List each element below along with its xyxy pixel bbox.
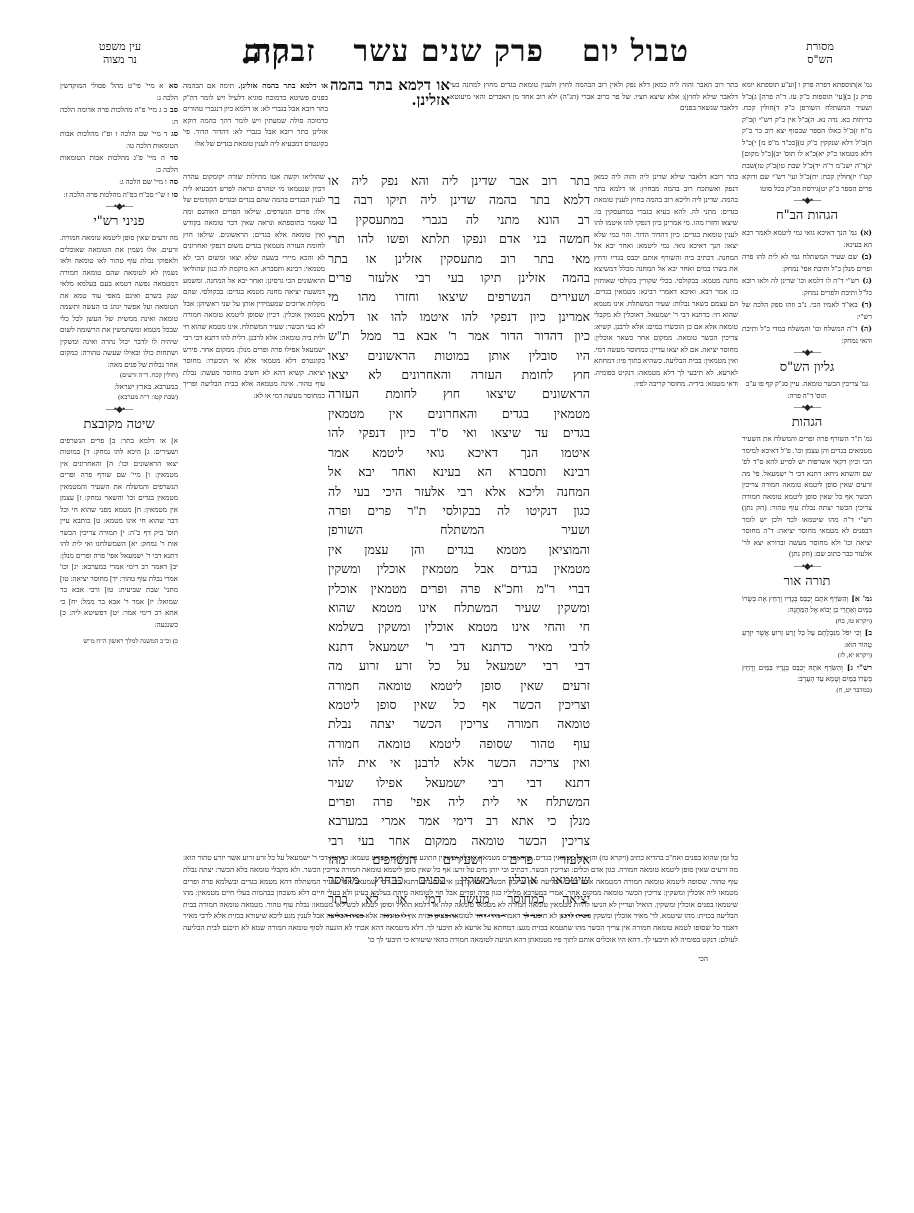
gemara-line: ושעירים הנשרפים שיצאו וחזרו מהו מי — [328, 288, 590, 307]
ein-mishpat-text: ז ש"י סכ"ח בפ"ה מהלכות פרה הלכה ז: — [63, 191, 169, 199]
hagahot-text: גמ' ת"ר השורף פרה ופרים והמשלח את השעיר … — [742, 434, 872, 561]
torah-or-entry: ב] וְכִי יִפֹּל מִנִּבְלָתָם עַל כָּל זֶ… — [742, 627, 872, 651]
pninei-rashi-ref2: (שבת קטו: ד"ה מערבא) — [60, 393, 178, 404]
ornament-divider: —•◆•— — [60, 201, 178, 211]
talmud-page: מסורת הש"ס טבול יוםפרק שנים עשרזבחים קה.… — [0, 0, 914, 1213]
gemara-line: ושעיר המשתלח השורפן — [328, 521, 590, 540]
gemara-line: דתנא דבי רבי ישמעאל אפילו שעיר — [328, 774, 590, 793]
ein-mishpat-mark: סה — [167, 177, 178, 186]
hagahot-bach-text: באו"ד לאמיו הכי. נ"ב וזהו ספק הלכה של רש… — [742, 301, 872, 321]
daf-number: קה. — [240, 32, 290, 72]
gemara-line: מטמאין בגדים אבל מטמאין אוכלין ומשקין — [328, 560, 590, 579]
hagahot-bach-text: רש"י ד"ה לו דלמא וכו' שדינן לה ולאו רובא… — [742, 277, 872, 297]
torah-or-mark: ב] — [861, 628, 872, 637]
tosafot-top: או דלמא בתר בהמה אזלינן. תימה אם הבהמה ב… — [183, 80, 328, 172]
ein-mishpat-entry: סב ב ג מיי' פ"ה מהלכות פרה אדומה הלכה ה: — [60, 104, 178, 128]
gemara-line: כיון דהדור הדור אמר ר' אבא בר ממל ת"ש — [328, 327, 590, 346]
left-margin: סא א מיי' פי"ט מהל' פסולי המוקדשין הלכה … — [60, 80, 178, 1000]
ein-mishpat-entry: סג ד מיי' שם הלכה ז ופ"ז מהלכות אבות הטו… — [60, 128, 178, 152]
catchword: הכי — [183, 953, 738, 965]
gemara-line: רב הונא מתני לה בגברי במתעסקין בו — [328, 211, 590, 230]
gemara-line: דברי ר"מ וחכ"א פרה ופרים מטמאין אוכלין — [328, 580, 590, 599]
ein-mishpat-entry: סו ז ש"י סכ"ח בפ"ה מהלכות פרה הלכה ז: — [60, 189, 178, 202]
gemara-line: בתר רוב אבר שדינן ליה והא נפק ליה או — [328, 172, 590, 191]
tosafot-body: שהוליאו וקשה אטו מהילות שורה יקומקום עהר… — [183, 172, 325, 845]
gemara-opening-dh: או דלמא בתר בהמה אזלינן. — [330, 80, 450, 109]
ein-mishpat-entries: סא א מיי' פי"ט מהל' פסולי המוקדשין הלכה … — [60, 80, 178, 201]
masoret-entries: גמ' א)תוספתא דפרה פרק ו [וע"ע תוספתא יומ… — [742, 80, 872, 195]
right-margin: גמ' א)תוספתא דפרה פרק ו [וע"ע תוספתא יומ… — [742, 80, 872, 1030]
torah-or-entry: גמ' א] וְהַשֹּׂרֵף אֹתָם יְכַבֵּס בְּגָד… — [742, 593, 872, 617]
ein-mishpat-mark: סב — [167, 105, 178, 114]
masoret-label-line1: מסורת — [794, 40, 846, 53]
gemara-line: והמוציאן מטמא בגדים והן עצמן אין — [328, 541, 590, 560]
torah-or-ref: (ויקרא טז, כח) — [742, 617, 872, 628]
ein-mishpat-text: ה מיי' פ"ג מהלכות אבות הטומאות הלכה כ: — [60, 154, 178, 174]
ornament-divider: —•◆•— — [742, 561, 872, 571]
pninei-rashi-tail: במערבא. בארץ ישראל: — [60, 382, 178, 394]
gemara-line: חוץ לחומת העזרה והאחרונים לא יצאו — [328, 366, 590, 385]
ein-mishpat-text: א מיי' פי"ט מהל' פסולי המוקדשין הלכה ג: — [60, 82, 178, 102]
gemara-line: זרעים שאין סופן ליטמא טומאה חמורה — [328, 677, 590, 696]
hagahot-bach-entry: (ה) ד"ה המשלח וכו' והמשלח במדי כ"ל ותיבת… — [742, 323, 872, 347]
torah-or-ref: (במדבר יט, ח) — [742, 686, 872, 697]
gemara-opening: או דלמא בתר בהמה אזלינן. — [330, 80, 450, 172]
gemara-line: המשתלח אי לית ליה אפי' פרה ופרים — [328, 793, 590, 812]
tractate-chapter-name: טבול יום — [582, 34, 689, 69]
torah-or-verse: וְכִי יִפֹּל מִנִּבְלָתָם עַל כָּל זֶרַע… — [742, 629, 872, 649]
torah-or-list: גמ' א] וְהַשֹּׂרֵף אֹתָם יְכַבֵּס בְּגָד… — [742, 593, 872, 697]
tosafot-text: שהוליאו וקשה אטו מהילות שורה יקומקום עהר… — [183, 172, 325, 402]
hagahot-bach-entry: (ג) רש"י ד"ה לו דלמא וכו' שדינן לה ולאו … — [742, 275, 872, 299]
footer-note: כ) וכ"כ המשנה למלך ראשון ה"ח מ"ש — [60, 637, 178, 648]
gemara-line: חי והחי אינו מטמא אוכלין ומשקין בשלמא — [328, 618, 590, 637]
ein-mishpat-label: עין משפט נר מצוה — [90, 40, 150, 66]
bottom-text: כל זמן שהוא בפנים ואח"כ בהדיא כתיב (ויקר… — [183, 852, 738, 945]
torah-or-entry: רש"י ג] וְהַשֹּׂרֵף אֹתָהּ יְכַבֵּס בְּג… — [742, 662, 872, 686]
hagahot-bach-text: גמ' הנך דאיכא גואי גמי ליטמא לאמר רבא הא… — [742, 229, 872, 249]
ein-mishpat-mark: סו — [169, 190, 178, 199]
gemara-line: וצריכין הכשר אף כל שאין סופן ליטמא — [328, 696, 590, 715]
ornament-divider: —•◆•— — [60, 404, 178, 414]
gemara-line: דבי רבי ישמעאל על כל זרע זרוע מה — [328, 657, 590, 676]
masoret-hashas-label: מסורת הש"ס — [794, 40, 846, 66]
hagahot-bach-entry: (ב) שם שעיר המשתלח גמי לא לית להו פרה ופ… — [742, 251, 872, 275]
shita-mekubetzet-title: שיטה מקובצת — [60, 416, 178, 434]
ein-mishpat-entry: סה ו מיי' שם הלכה ג: — [60, 176, 178, 189]
tosafot-top-text: תימה אם הבהמה בפנים פשיטא כדמוכח סוגיא ד… — [183, 82, 328, 148]
hagahot-bach-entry: (ד) באו"ד לאמיו הכי. נ"ב וזהו ספק הלכה ש… — [742, 299, 872, 323]
hagahot-bach-mark: (ג) — [859, 276, 872, 285]
ein-mishpat-mark: סג — [167, 129, 178, 138]
hagahot-bach-title: הגהות הב"ח — [742, 207, 872, 225]
gemara-line: טומאה חמורה צריכין הכשר יצתה נבלת — [328, 715, 590, 734]
gemara-line: חמשה בני אדם ונפקו תלתא ופשו להו תרי — [328, 230, 590, 249]
rashi-top-text: בתר רוב האבר והוה ליה כמאן דלא נפק ולאין… — [450, 80, 738, 115]
gilyon-hashas-text: גמ' צריכין הכשר טומאה. עיין סנ"ק קף פו ע… — [742, 379, 872, 402]
ornament-divider: —•◆•— — [742, 402, 872, 412]
gilyon-hashas-title: גליון הש"ס — [742, 359, 872, 377]
ein-mishpat-text: ד מיי' שם הלכה ז ופ"ז מהלכות אבות הטומאו… — [60, 130, 178, 150]
ein-mishpat-entry: סא א מיי' פי"ט מהל' פסולי המוקדשין הלכה … — [60, 80, 178, 104]
hagahot-bach-text: שם שעיר המשתלח גמי לא לית להו פרה ופרים … — [742, 253, 872, 273]
ein-mishpat-mark: סא — [164, 81, 179, 90]
gemara-line: ואין צריכה הכשר אלא לרבנן אי אית להו — [328, 754, 590, 773]
bottom-commentary: כל זמן שהוא בפנים ואח"כ בהדיא כתיב (ויקר… — [183, 845, 738, 1100]
rashi-text: בתר רובא דלאבר שילא שדינן ליה והוה ליה כ… — [594, 172, 738, 391]
gemara-line: היו סובלין אותן במוטות הראשונים יצאו — [328, 347, 590, 366]
hagahot-bach-mark: (ד) — [858, 300, 872, 309]
page-header: מסורת הש"ס טבול יוםפרק שנים עשרזבחים קה.… — [50, 38, 874, 78]
ein-mishpat-mark: סד — [165, 153, 178, 162]
torah-or-mark: גמ' א] — [848, 594, 872, 603]
pninei-rashi-text: מה זרעים שאין סופן ליטמא טומאה חמורה. זר… — [60, 233, 178, 371]
ein-mishpat-text: ו מיי' שם הלכה ג: — [119, 178, 166, 186]
ornament-divider: —•◆•— — [742, 195, 872, 205]
hagahot-bach-list: (א) גמ' הנך דאיכא גואי גמי ליטמא לאמר רב… — [742, 227, 872, 347]
hagahot-bach-text: ד"ה המשלח וכו' והמשלח במדי כ"ל ותיבת והא… — [742, 325, 872, 345]
gemara-line: בהמה אזלינן תיקו בעי רבי אלעזר פרים — [328, 269, 590, 288]
hagahot-title: הגהות — [742, 414, 872, 432]
hagahot-bach-mark: (ה) — [857, 324, 872, 333]
pninei-rashi-title: פניני רש"י — [60, 213, 178, 231]
rashi-top: בתר רוב האבר והוה ליה כמאן דלא נפק ולאין… — [450, 80, 738, 172]
gemara-line: אמרינן כיון דנפקי להו איטמו להו או דלמא — [328, 308, 590, 327]
chapter-number: פרק שנים עשר — [353, 34, 544, 69]
ornament-divider: —•◆•— — [742, 347, 872, 357]
torah-or-title: תורה אור — [742, 573, 872, 591]
pninei-rashi-ref1: (חולין קכח. ד"ה זרעים) — [60, 371, 178, 382]
ein-mishpat-entry: סד ה מיי' פ"ג מהלכות אבות הטומאות הלכה כ… — [60, 152, 178, 176]
gemara-line: מטמאין בגדים והאחרונים אין מטמאין — [328, 405, 590, 424]
gemara-line: איטמו הנך דאיכא גואי ליטמא אמר — [328, 444, 590, 463]
hagahot-bach-entry: (א) גמ' הנך דאיכא גואי גמי ליטמא לאמר רב… — [742, 227, 872, 251]
torah-or-ref: (ויקרא יא, לז) — [742, 651, 872, 662]
gemara-line: הראשונים שיצאו חוץ לחומת העזרה — [328, 385, 590, 404]
gemara-line: מנלן כי אתא רב דימי אמר אמרי במערבא — [328, 812, 590, 831]
gemara-line: רבינא ותסברא הא בעינא ואחר יבא אל — [328, 463, 590, 482]
ein-mishpat-text: ב ג מיי' פ"ה מהלכות פרה אדומה הלכה ה: — [60, 106, 178, 126]
ein-mishpat-line2: נר מצוה — [90, 53, 150, 66]
gemara-line: עוף טהור שסופה ליטמא טומאה חמורה — [328, 735, 590, 754]
gemara-line: בגדים עד שיצאו ואי ס"ד כיון דנפקי להו — [328, 424, 590, 443]
gemara-line: דלמא בתר בהמה שדינן ליה תיקו רבה בר — [328, 191, 590, 210]
rashi-body: בתר רובא דלאבר שילא שדינן ליה והוה ליה כ… — [594, 172, 738, 845]
gemara-line: לרבי מאיר כדתנא דבי ר' ישמעאל דתנא — [328, 638, 590, 657]
shita-mekubetzet-text: א] או דלמא בתר: ב] פרים הנשרפים ושעירים:… — [60, 436, 178, 632]
masoret-label-line2: הש"ס — [794, 53, 846, 66]
gemara-line: ומשקין שעיר המשתלח אינו מטמא שהוא — [328, 599, 590, 618]
gemara-line: כגון דנקיטו לה בבקולסי ת"ר פרים ופרה — [328, 502, 590, 521]
hagahot-bach-mark: (א) — [857, 228, 872, 237]
torah-or-mark: רש"י ג] — [843, 663, 872, 672]
tosafot-dh: או דלמא בתר בהמה אזלינן. — [238, 81, 328, 90]
hagahot-bach-mark: (ב) — [858, 252, 872, 261]
gemara-line: המחנה וליכא אלא רבי אלעזר היכי בעי לה — [328, 483, 590, 502]
ein-mishpat-line1: עין משפט — [90, 40, 150, 53]
gemara-text: בתר רוב אבר שדינן ליה והא נפק ליה אודלמא… — [328, 172, 590, 917]
gemara-line: מאי בתר רוב מתעסקין אזלינן או בתר — [328, 250, 590, 269]
